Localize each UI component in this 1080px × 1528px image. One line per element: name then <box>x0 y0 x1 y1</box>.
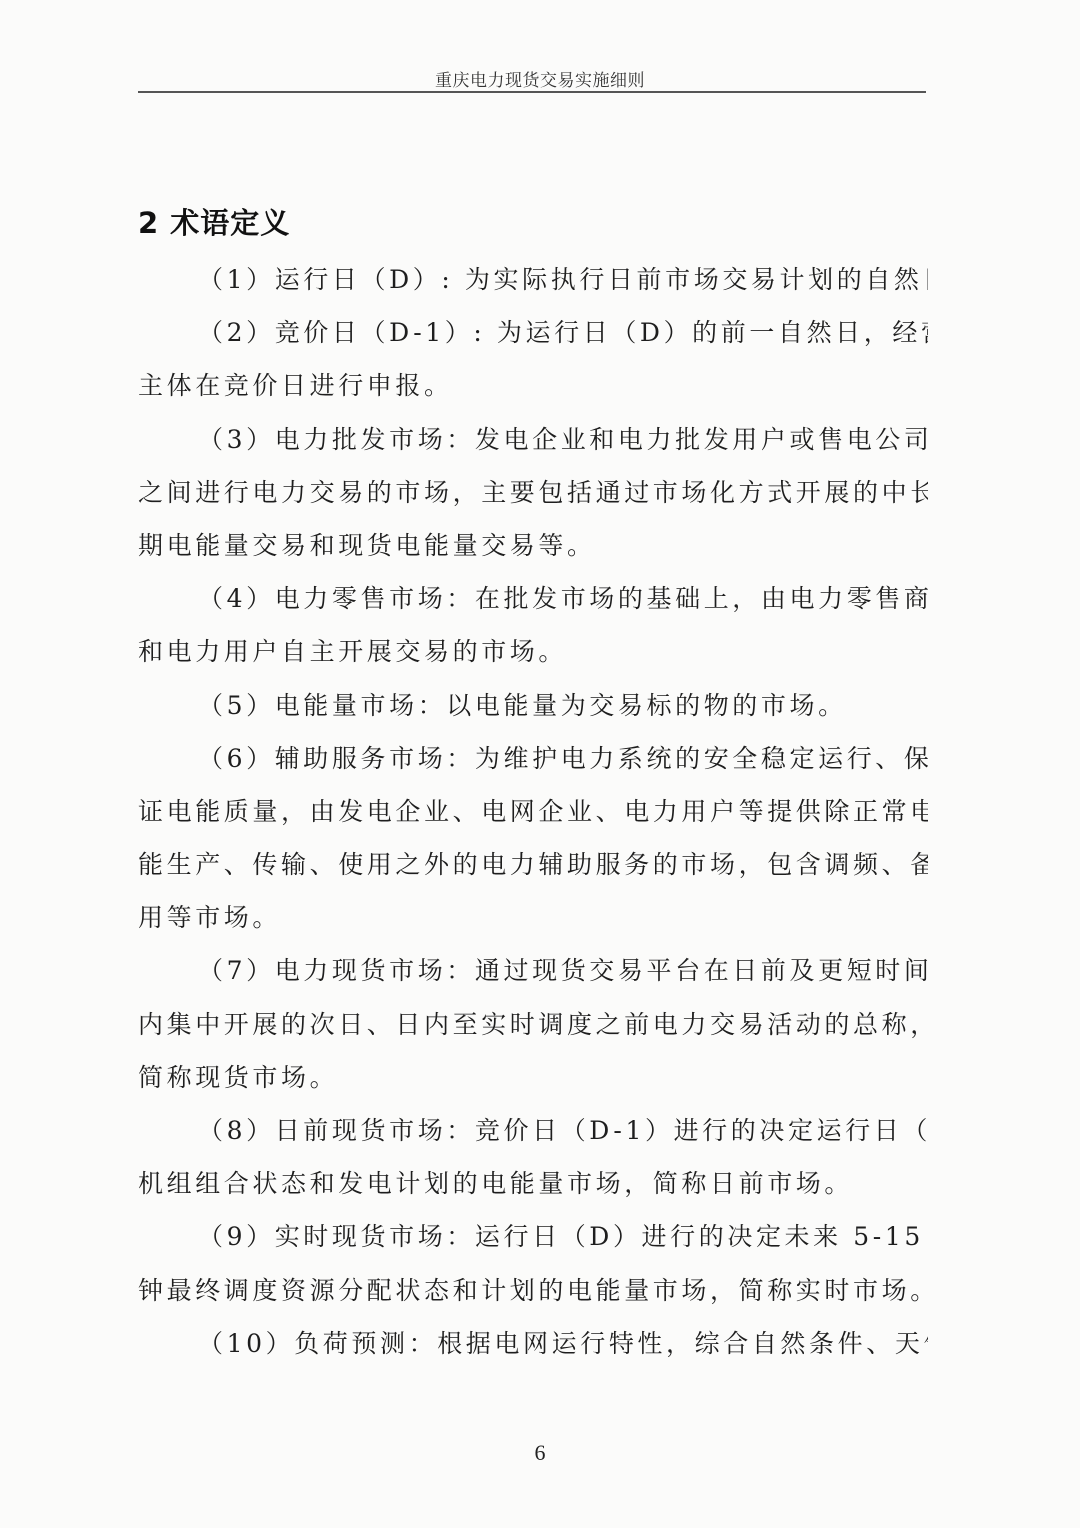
running-header-title: 重庆电力现货交易实施细则 <box>0 66 1080 91</box>
text-line: （6）辅助服务市场：为维护电力系统的安全稳定运行、保 <box>138 732 928 785</box>
text-line: 主体在竞价日进行申报。 <box>138 359 928 412</box>
text-line: （5）电能量市场：以电能量为交易标的物的市场。 <box>138 679 928 732</box>
text-line: （1）运行日（D）: 为实际执行日前市场交易计划的自然日。 <box>138 253 928 306</box>
text-line: 能生产、传输、使用之外的电力辅助服务的市场，包含调频、备 <box>138 838 928 891</box>
text-line: 用等市场。 <box>138 891 928 944</box>
text-line: 内集中开展的次日、日内至实时调度之前电力交易活动的总称， <box>138 998 928 1051</box>
header-divider <box>138 91 926 93</box>
text-line: （10）负荷预测：根据电网运行特性，综合自然条件、天气 <box>138 1317 928 1370</box>
text-line: 证电能质量，由发电企业、电网企业、电力用户等提供除正常电 <box>138 785 928 838</box>
text-line: 钟最终调度资源分配状态和计划的电能量市场，简称实时市场。 <box>138 1264 928 1317</box>
text-line: （2）竞价日（D-1）: 为运行日（D）的前一自然日，经营 <box>138 306 928 359</box>
definitions-body: （1）运行日（D）: 为实际执行日前市场交易计划的自然日。 （2）竞价日（D-1… <box>138 253 928 1370</box>
text-line: 之间进行电力交易的市场，主要包括通过市场化方式开展的中长 <box>138 466 928 519</box>
text-line: 和电力用户自主开展交易的市场。 <box>138 625 928 678</box>
text-line: 期电能量交易和现货电能量交易等。 <box>138 519 928 572</box>
text-line: （7）电力现货市场：通过现货交易平台在日前及更短时间 <box>138 944 928 997</box>
page-number: 6 <box>0 1440 1080 1466</box>
text-line: 机组组合状态和发电计划的电能量市场，简称日前市场。 <box>138 1157 928 1210</box>
text-line: （3）电力批发市场：发电企业和电力批发用户或售电公司 <box>138 413 928 466</box>
section-heading: 2 术语定义 <box>138 201 290 242</box>
text-line: 简称现货市场。 <box>138 1051 928 1104</box>
text-line: （8）日前现货市场：竞价日（D-1）进行的决定运行日（D） <box>138 1104 928 1157</box>
text-line: （4）电力零售市场：在批发市场的基础上，由电力零售商 <box>138 572 928 625</box>
text-line: （9）实时现货市场：运行日（D）进行的决定未来 5-15 分 <box>138 1210 928 1263</box>
